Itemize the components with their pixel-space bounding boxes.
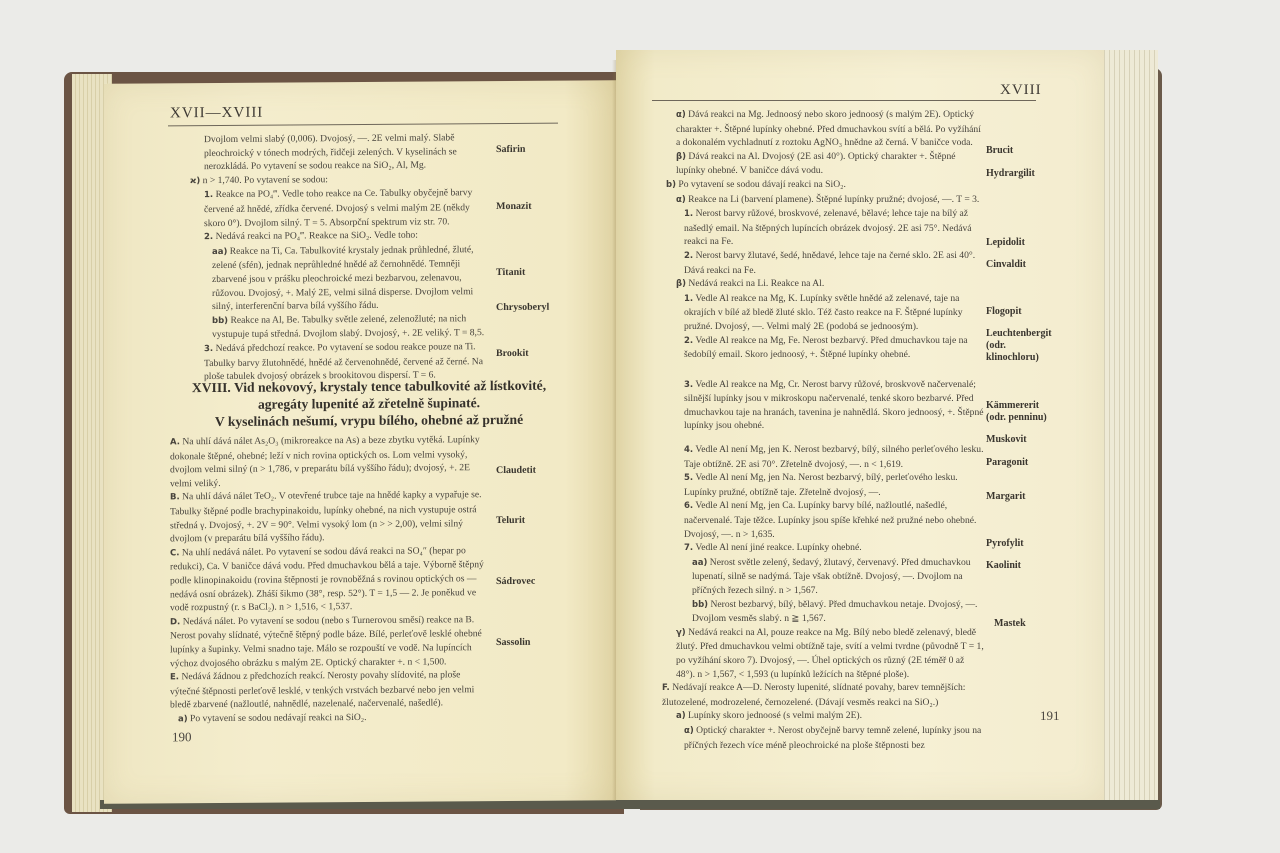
paragraph: 1. Vedle Al reakce na Mg, K. Lupínky svě… xyxy=(676,292,984,334)
left-page: XVII—XVIII Dvojlom velmi slabý (0,006). … xyxy=(104,80,616,804)
section-title: XVIII. Vid nekovový, krystaly tence tabu… xyxy=(174,377,564,431)
mineral-label: Muskovit xyxy=(986,434,1027,446)
mineral-label: Chrysoberyl xyxy=(496,302,549,314)
mineral-label: Margarit xyxy=(986,491,1025,503)
mineral-label: Flogopit xyxy=(986,306,1022,318)
paragraph: B. Na uhlí dává nálet TeO₂. V otevřené t… xyxy=(170,488,490,546)
paragraph: Dvojlom velmi slabý (0,006). Dvojosý, —.… xyxy=(204,131,489,174)
mineral-label: Telurit xyxy=(496,515,525,527)
mineral-label: Monazit xyxy=(496,201,532,213)
mineral-label: Leuchtenbergit (odr. klinochloru) xyxy=(986,328,1046,364)
paragraph: α) Optický charakter +. Nerost obyčejně … xyxy=(676,724,984,752)
left-text-bottom: A. Na uhlí dává nálet As₂O₃ (mikroreakce… xyxy=(170,433,490,727)
mineral-label: Claudetit xyxy=(496,465,536,477)
paragraph: 2. Vedle Al reakce na Mg, Fe. Nerost bez… xyxy=(676,334,984,362)
paragraph: aa) Nerost světle zelený, šedavý, žlutav… xyxy=(676,556,984,598)
mineral-label: Safirin xyxy=(496,144,525,156)
mineral-label: Kaolinit xyxy=(986,560,1021,572)
mineral-label: Titanit xyxy=(496,267,525,279)
mineral-label: Sádrovec xyxy=(496,576,535,588)
page-number-right: 191 xyxy=(1040,708,1060,724)
paragraph: A. Na uhlí dává nálet As₂O₃ (mikroreakce… xyxy=(170,433,490,491)
paragraph: 3. Vedle Al reakce na Mg, Cr. Nerost bar… xyxy=(676,378,984,433)
mineral-label: Kämmererit (odr. penninu) xyxy=(986,400,1050,424)
left-text-top: Dvojlom velmi slabý (0,006). Dvojosý, —.… xyxy=(204,131,489,384)
paragraph: D. Nedává nálet. Po vytavení se sodou (n… xyxy=(170,613,490,671)
paragraph: α) Reakce na Li (barvení plamene). Štěpn… xyxy=(676,193,984,208)
page-number-left: 190 xyxy=(172,729,192,745)
left-running-head: XVII—XVIII xyxy=(170,105,263,123)
mineral-label: Cinvaldit xyxy=(986,259,1026,271)
left-head-rule xyxy=(168,123,558,127)
paragraph: bb) Nerost bezbarvý, bílý, bělavý. Před … xyxy=(676,598,984,626)
paragraph: C. Na uhlí nedává nálet. Po vytavení se … xyxy=(170,544,490,615)
paragraph: 1. Nerost barvy růžové, broskvové, zelen… xyxy=(676,207,984,249)
paragraph: β) Nedává reakci na Li. Reakce na Al. xyxy=(676,277,984,292)
mineral-label: Brucit xyxy=(986,145,1013,157)
paragraph: aa) Reakce na Ti, Ca. Tabulkovité krysta… xyxy=(204,243,489,314)
mineral-label: Hydrargilit xyxy=(986,168,1035,180)
right-text: α) Dává reakci na Mg. Jednoosý nebo skor… xyxy=(676,108,984,752)
paragraph: bb) Reakce na Al, Be. Tabulky světle zel… xyxy=(204,312,489,342)
mineral-label: Paragonit xyxy=(986,457,1028,469)
right-head-rule xyxy=(652,100,1036,101)
page-edges-right xyxy=(1100,50,1158,802)
paragraph: a) Lupínky skoro jednoosé (s velmi malým… xyxy=(676,709,984,724)
paragraph: 2. Nerost barvy žlutavé, šedé, hnědavé, … xyxy=(676,249,984,277)
mineral-label: Sassolin xyxy=(496,637,530,649)
paragraph: γ) Nedává reakci na Al, pouze reakce na … xyxy=(676,626,984,681)
right-running-head: XVIII xyxy=(1000,82,1042,99)
paragraph: E. Nedává žádnou z předchozích reakcí. N… xyxy=(170,668,490,712)
paragraph: 5. Vedle Al není Mg, jen Na. Nerost bezb… xyxy=(676,471,984,499)
mineral-label: Lepidolit xyxy=(986,237,1025,249)
mineral-label: Brookit xyxy=(496,348,529,360)
paragraph: b) Po vytavení se sodou dávají reakci na… xyxy=(666,178,984,193)
paragraph: 6. Vedle Al není Mg, jen Ca. Lupínky bar… xyxy=(676,499,984,541)
paragraph: a) Po vytavení se sodou nedávají reakci … xyxy=(170,710,490,727)
mineral-label: Pyrofylit xyxy=(986,538,1024,550)
paragraph: β) Dává reakci na Al. Dvojosý (2E asi 40… xyxy=(676,150,984,178)
paragraph: α) Dává reakci na Mg. Jednoosý nebo skor… xyxy=(676,108,984,150)
paragraph: 7. Vedle Al není jiné reakce. Lupínky oh… xyxy=(676,541,984,556)
paragraph: 4. Vedle Al není Mg, jen K. Nerost bezba… xyxy=(676,443,984,471)
right-page: XVIII α) Dává reakci na Mg. Jednoosý neb… xyxy=(616,50,1104,800)
paragraph: F. Nedávají reakce A—D. Nerosty lupenité… xyxy=(662,681,984,709)
paragraph: 1. Reakce na PO₄‴. Vedle toho reakce na … xyxy=(204,186,489,230)
mineral-label: Mastek xyxy=(994,618,1026,630)
